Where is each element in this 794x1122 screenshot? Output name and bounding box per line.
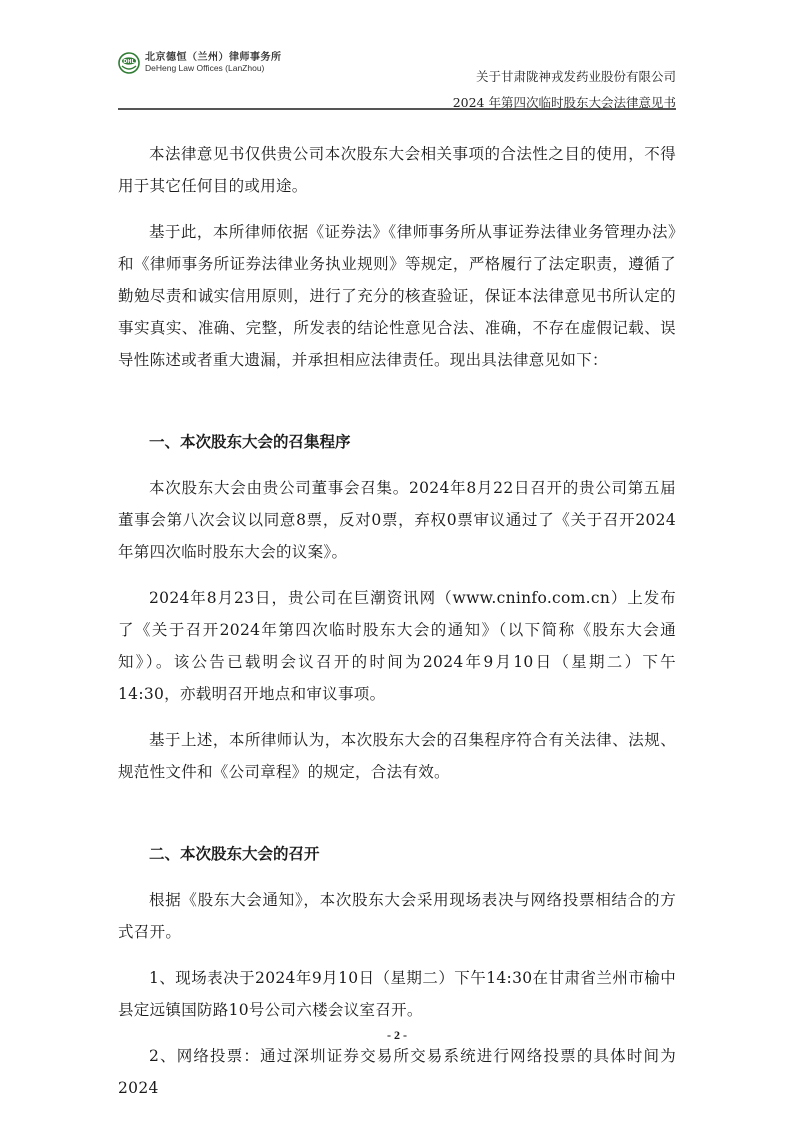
intro-paragraph: 基于此，本所律师依据《证券法》《律师事务所从事证券法律业务管理办法》和《律师事务… (118, 216, 676, 376)
header-title-line1: 关于甘肃陇神戎发药业股份有限公司 (453, 64, 676, 90)
firm-logo: DHL 北京德恒（兰州）律师事务所 DeHeng Law Offices (La… (118, 52, 282, 74)
intro-paragraph: 本法律意见书仅供贵公司本次股东大会相关事项的合法性之目的使用，不得用于其它任何目… (118, 138, 676, 202)
law-firm-emblem-icon: DHL (118, 52, 140, 74)
svg-text:DHL: DHL (123, 59, 135, 65)
document-body: 本法律意见书仅供贵公司本次股东大会相关事项的合法性之目的使用，不得用于其它任何目… (118, 138, 676, 1104)
header-title-line2: 2024 年第四次临时股东大会法律意见书 (453, 90, 676, 116)
section-paragraph: 基于上述，本所律师认为，本次股东大会的召集程序符合有关法律、法规、规范性文件和《… (118, 724, 676, 788)
section-paragraph: 本次股东大会由贵公司董事会召集。2024年8月22日召开的贵公司第五届董事会第八… (118, 472, 676, 568)
page-number: - 2 - (0, 1028, 794, 1043)
section-heading: 一、本次股东大会的召集程序 (118, 426, 676, 458)
header-divider (118, 108, 676, 110)
firm-name-cn: 北京德恒（兰州）律师事务所 (145, 52, 282, 63)
section-paragraph: 1、现场表决于2024年9月10日（星期二）下午14:30在甘肃省兰州市榆中县定… (118, 962, 676, 1026)
section-heading: 二、本次股东大会的召开 (118, 838, 676, 870)
firm-name-en: DeHeng Law Offices (LanZhou) (145, 63, 282, 74)
section-paragraph: 2024年8月23日，贵公司在巨潮资讯网（www.cninfo.com.cn）上… (118, 582, 676, 710)
section-paragraph: 根据《股东大会通知》，本次股东大会采用现场表决与网络投票相结合的方式召开。 (118, 884, 676, 948)
section-paragraph: 2、网络投票：通过深圳证券交易所交易系统进行网络投票的具体时间为2024 (118, 1040, 676, 1104)
